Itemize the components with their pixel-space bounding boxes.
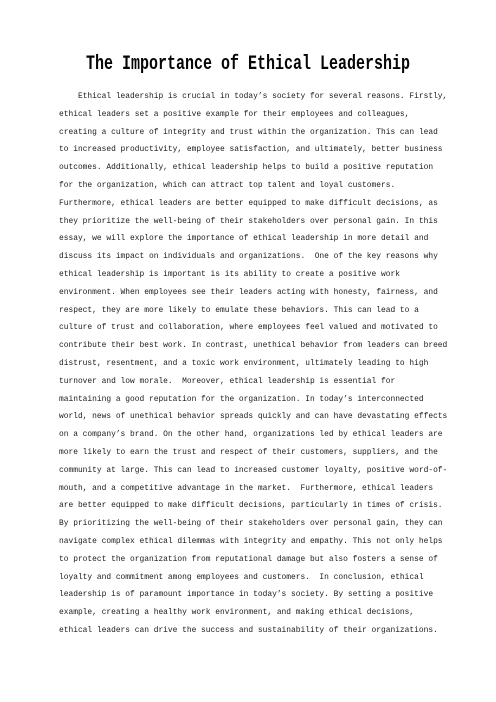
text-line: navigate complex ethical dilemmas with i…: [59, 533, 468, 551]
document-page: The Importance of Ethical Leadership Eth…: [0, 0, 496, 702]
text-line: are better equipped to make difficult de…: [59, 497, 468, 515]
text-line: example, creating a healthy work environ…: [59, 604, 468, 622]
text-line: respect, they are more likely to emulate…: [59, 302, 468, 320]
text-line: for the organization, which can attract …: [59, 177, 468, 195]
text-line: maintaining a good reputation for the or…: [59, 391, 468, 409]
text-line: they prioritize the well-being of their …: [59, 213, 468, 231]
text-line: creating a culture of integrity and trus…: [59, 124, 468, 142]
text-line: Ethical leadership is crucial in today’s…: [59, 88, 468, 106]
text-line: more likely to earn the trust and respec…: [59, 444, 468, 462]
text-line: ethical leaders set a positive example f…: [59, 106, 468, 124]
text-line: discuss its impact on individuals and or…: [59, 248, 468, 266]
text-line: ethical leadership is important is its a…: [59, 266, 468, 284]
text-line: leadership is of paramount importance in…: [59, 586, 468, 604]
text-line: to increased productivity, employee sati…: [59, 141, 468, 159]
text-line: environment. When employees see their le…: [59, 284, 468, 302]
text-line: Furthermore, ethical leaders are better …: [59, 195, 468, 213]
text-line: on a company’s brand. On the other hand,…: [59, 426, 468, 444]
text-line: community at large. This can lead to inc…: [59, 462, 468, 480]
text-line: world, news of unethical behavior spread…: [59, 408, 468, 426]
document-body: Ethical leadership is crucial in today’s…: [0, 88, 496, 640]
text-line: to protect the organization from reputat…: [59, 551, 468, 569]
document-title: The Importance of Ethical Leadership: [0, 49, 496, 81]
text-line: culture of trust and collaboration, wher…: [59, 319, 468, 337]
text-line: loyalty and commitment among employees a…: [59, 569, 468, 587]
text-line: By prioritizing the well-being of their …: [59, 515, 468, 533]
text-line: mouth, and a competitive advantage in th…: [59, 480, 468, 498]
text-line: distrust, resentment, and a toxic work e…: [59, 355, 468, 373]
text-line: outcomes. Additionally, ethical leadersh…: [59, 159, 468, 177]
text-line: essay, we will explore the importance of…: [59, 230, 468, 248]
text-line: turnover and low morale. Moreover, ethic…: [59, 373, 468, 391]
text-line: ethical leaders can drive the success an…: [59, 622, 468, 640]
text-line: contribute their best work. In contrast,…: [59, 337, 468, 355]
